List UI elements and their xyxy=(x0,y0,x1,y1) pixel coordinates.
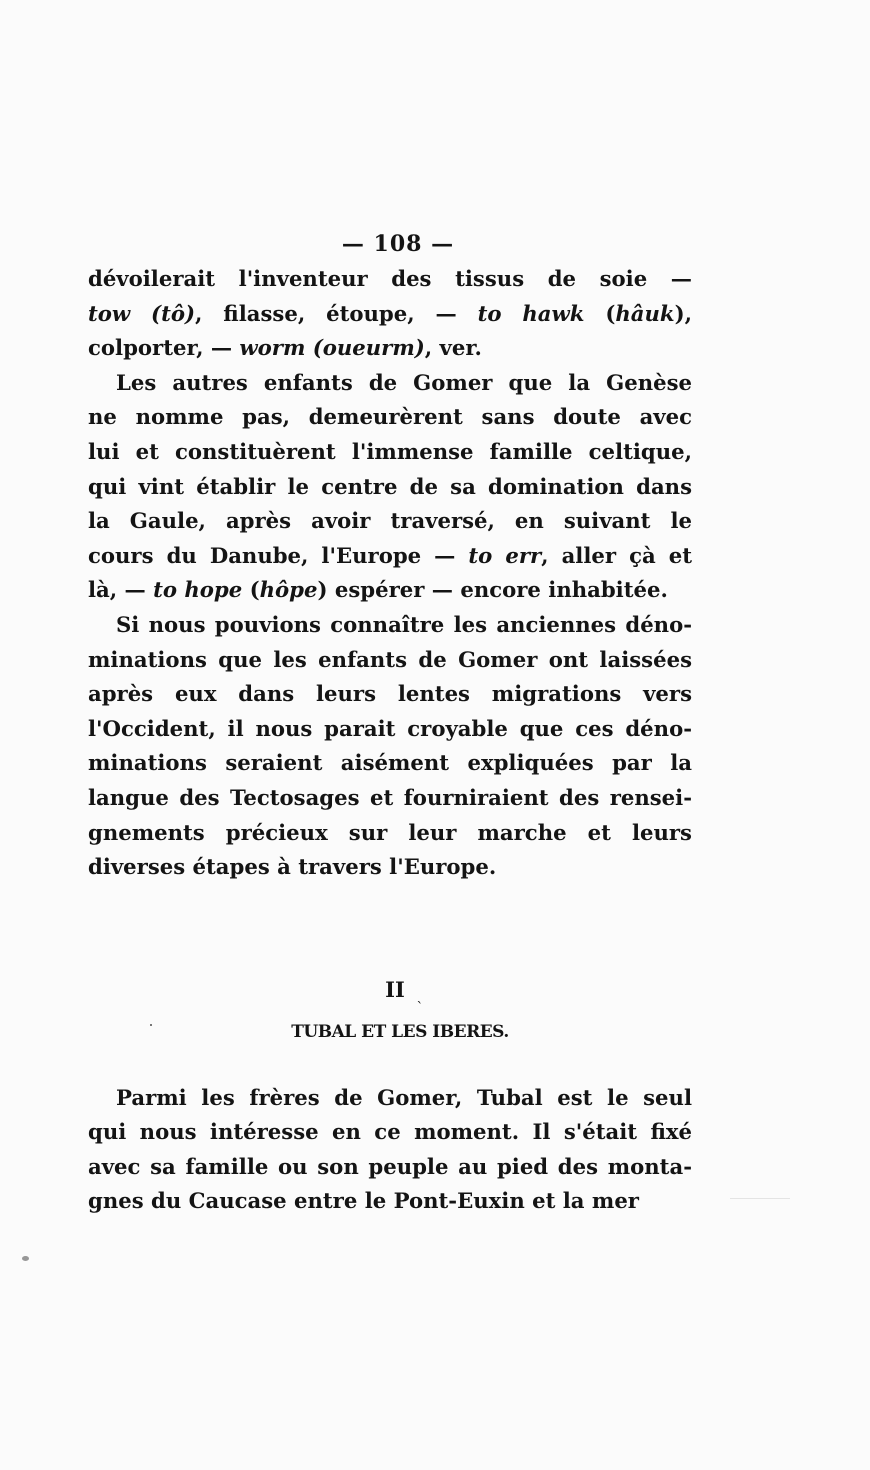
text-line: avec sa famille ou son peuple au pied de… xyxy=(88,1150,692,1185)
italic-term: to hope xyxy=(153,577,242,602)
text-line: Les autres enfants de Gomer que la Genès… xyxy=(88,366,692,401)
text-line: ne nomme pas, demeurèrent sans doute ave… xyxy=(88,400,692,435)
text-line: la Gaule, après avoir traversé, en suiva… xyxy=(88,504,692,539)
text-run: colporter, — xyxy=(88,335,239,360)
text-run: minations que les enfants de Gomer ont l… xyxy=(88,647,692,672)
text-run: ) espérer — encore inhabitée. xyxy=(317,577,667,602)
text-line: minations seraient aisément expliquées p… xyxy=(88,746,692,781)
text-line: après eux dans leurs lentes migrations v… xyxy=(88,677,692,712)
text-line: gnements précieux sur leur marche et leu… xyxy=(88,816,692,851)
book-page: — 108 — dévoilerait l'inventeur des tiss… xyxy=(88,226,692,1219)
text-line: colporter, — worm (oueurm), ver. xyxy=(88,331,692,366)
text-run: l'Occident, il nous parait croyable que … xyxy=(88,716,692,741)
text-run: dévoilerait l'inventeur des tissus de so… xyxy=(88,266,692,291)
text-run: Si nous pouvions connaître les anciennes… xyxy=(116,612,692,637)
paragraph: dévoilerait l'inventeur des tissus de so… xyxy=(88,262,692,366)
text-line: dévoilerait l'inventeur des tissus de so… xyxy=(88,262,692,297)
text-line: là, — to hope (hôpe) espérer — encore in… xyxy=(88,573,692,608)
text-run: après eux dans leurs lentes migrations v… xyxy=(88,681,692,706)
text-run: la Gaule, après avoir traversé, en suiva… xyxy=(88,508,692,533)
text-run: lui et constituèrent l'immense famille c… xyxy=(88,439,692,464)
section-numeral: II xyxy=(98,977,692,1003)
text-line: tow (tô), filasse, étoupe, — to hawk (hâ… xyxy=(88,297,692,332)
italic-term: to hawk xyxy=(478,301,585,326)
text-run: ), xyxy=(675,301,692,326)
text-line: gnes du Caucase entre le Pont-Euxin et l… xyxy=(88,1184,692,1219)
paper-dot xyxy=(150,1024,152,1026)
text-run: langue des Tectosages et fourniraient de… xyxy=(88,785,692,810)
text-run: ne nomme pas, demeurèrent sans doute ave… xyxy=(88,404,692,429)
paragraph: Si nous pouvions connaître les anciennes… xyxy=(88,608,692,885)
paragraph: Les autres enfants de Gomer que la Genès… xyxy=(88,366,692,608)
text-run: ( xyxy=(242,577,259,602)
text-run: avec sa famille ou son peuple au pied de… xyxy=(88,1154,692,1179)
section-body-text: Parmi les frères de Gomer, Tubal est le … xyxy=(88,1081,692,1219)
text-run: cours du Danube, l'Europe — xyxy=(88,543,468,568)
text-run: diverses étapes à travers l'Europe. xyxy=(88,854,496,879)
text-line: Si nous pouvions connaître les anciennes… xyxy=(88,608,692,643)
text-line: langue des Tectosages et fourniraient de… xyxy=(88,781,692,816)
italic-term: tow (tô) xyxy=(88,301,195,326)
footnote-rule-bleed xyxy=(730,1198,790,1199)
italic-term: worm (oueurm) xyxy=(239,335,424,360)
body-text: dévoilerait l'inventeur des tissus de so… xyxy=(88,262,692,885)
paper-speck xyxy=(22,1256,29,1261)
italic-term: hâuk xyxy=(615,301,674,326)
text-line: diverses étapes à travers l'Europe. xyxy=(88,850,692,885)
text-line: lui et constituèrent l'immense famille c… xyxy=(88,435,692,470)
text-run: , filasse, étoupe, — xyxy=(195,301,478,326)
text-line: qui vint établir le centre de sa dominat… xyxy=(88,470,692,505)
text-line: cours du Danube, l'Europe — to err, alle… xyxy=(88,539,692,574)
text-run: Les autres enfants de Gomer que la Genès… xyxy=(116,370,692,395)
text-run: gnes du Caucase entre le Pont-Euxin et l… xyxy=(88,1188,639,1213)
text-line: Parmi les frères de Gomer, Tubal est le … xyxy=(88,1081,692,1116)
italic-term: hôpe xyxy=(260,577,318,602)
paragraph: Parmi les frères de Gomer, Tubal est le … xyxy=(88,1081,692,1219)
text-run: minations seraient aisément expliquées p… xyxy=(88,750,692,775)
text-run: gnements précieux sur leur marche et leu… xyxy=(88,820,692,845)
text-line: qui nous intéresse en ce moment. Il s'ét… xyxy=(88,1115,692,1150)
text-run: qui vint établir le centre de sa dominat… xyxy=(88,474,692,499)
text-run: ( xyxy=(584,301,615,326)
text-run: là, — xyxy=(88,577,153,602)
italic-term: to err xyxy=(468,543,541,568)
section-title: TUBAL ET LES IBERES. xyxy=(108,1019,692,1045)
text-run: Parmi les frères de Gomer, Tubal est le … xyxy=(116,1085,692,1110)
text-run: , ver. xyxy=(425,335,482,360)
text-run: , aller çà et xyxy=(541,543,692,568)
text-line: minations que les enfants de Gomer ont l… xyxy=(88,643,692,678)
page-number: — 108 — xyxy=(104,226,692,262)
text-run: qui nous intéresse en ce moment. Il s'ét… xyxy=(88,1119,692,1144)
text-line: l'Occident, il nous parait croyable que … xyxy=(88,712,692,747)
section-ornament: ˋ xyxy=(148,1003,692,1019)
